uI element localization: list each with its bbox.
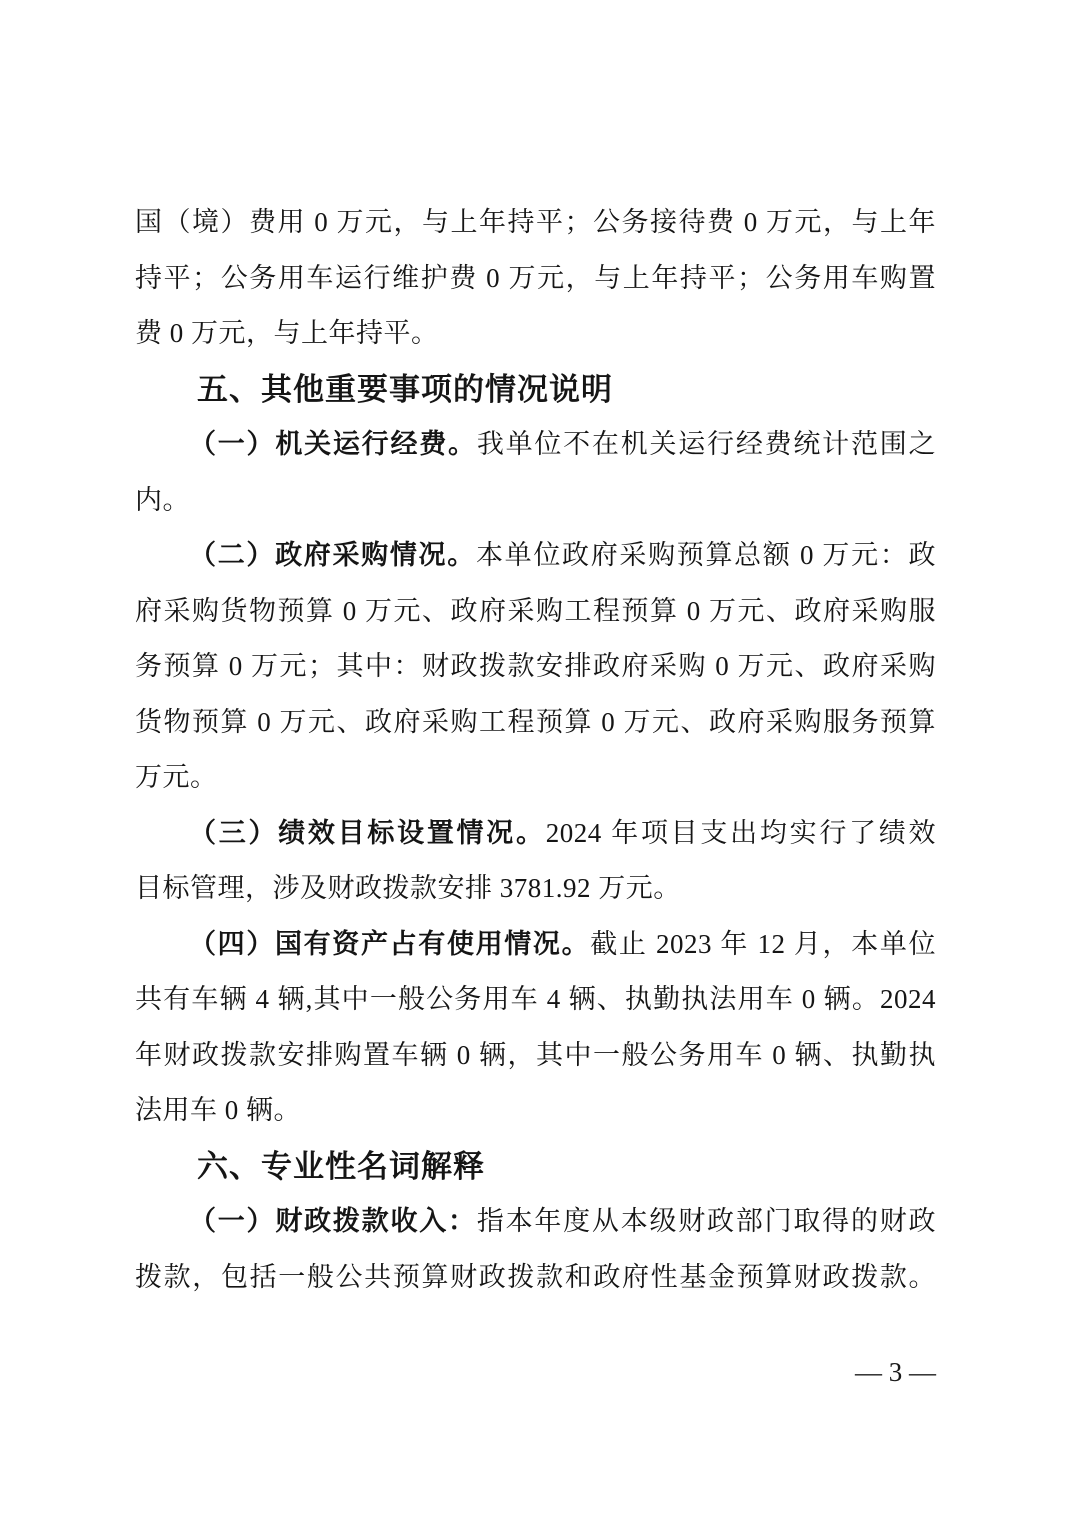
document-page: 国（境）费用 0 万元，与上年持平；公务接待费 0 万元，与上年 持平；公务用车…	[0, 0, 1074, 1520]
document-body: 国（境）费用 0 万元，与上年持平；公务接待费 0 万元，与上年 持平；公务用车…	[135, 195, 936, 1305]
text-line: 万元。	[135, 750, 936, 806]
item-lead: （三）绩效目标设置情况。	[189, 818, 546, 848]
text-line: 国（境）费用 0 万元，与上年持平；公务接待费 0 万元，与上年	[135, 195, 936, 251]
text-line: 拨款，包括一般公共预算财政拨款和政府性基金预算财政拨款。	[135, 1250, 936, 1306]
paragraph-s5-item4: （四）国有资产占有使用情况。截止 2023 年 12 月，本单位 共有车辆 4 …	[135, 917, 936, 1139]
text-line: （二）政府采购情况。本单位政府采购预算总额 0 万元：政	[135, 528, 936, 584]
text-line: 共有车辆 4 辆,其中一般公务用车 4 辆、执勤执法用车 0 辆。2024	[135, 972, 936, 1028]
item-lead: （四）国有资产占有使用情况。	[189, 929, 590, 959]
page-number: — 3 —	[855, 1356, 936, 1388]
item-text: 截止 2023 年 12 月，本单位	[590, 929, 936, 959]
paragraph-carryover: 国（境）费用 0 万元，与上年持平；公务接待费 0 万元，与上年 持平；公务用车…	[135, 195, 936, 362]
text-line: 持平；公务用车运行维护费 0 万元，与上年持平；公务用车购置	[135, 251, 936, 307]
paragraph-s5-item3: （三）绩效目标设置情况。2024 年项目支出均实行了绩效 目标管理，涉及财政拨款…	[135, 806, 936, 917]
item-text: 2024 年项目支出均实行了绩效	[546, 818, 936, 848]
item-text: 本单位政府采购预算总额 0 万元：政	[476, 540, 936, 570]
text-line: 费 0 万元，与上年持平。	[135, 306, 936, 362]
item-lead: （一）财政拨款收入：	[189, 1206, 477, 1236]
text-line: （一）机关运行经费。我单位不在机关运行经费统计范围之	[135, 417, 936, 473]
text-line: （四）国有资产占有使用情况。截止 2023 年 12 月，本单位	[135, 917, 936, 973]
text-line: 年财政拨款安排购置车辆 0 辆，其中一般公务用车 0 辆、执勤执	[135, 1028, 936, 1084]
text-line: 法用车 0 辆。	[135, 1083, 936, 1139]
item-text: 我单位不在机关运行经费统计范围之	[477, 429, 936, 459]
text-line: 务预算 0 万元；其中：财政拨款安排政府采购 0 万元、政府采购	[135, 639, 936, 695]
item-lead: （二）政府采购情况。	[189, 540, 476, 570]
item-lead: （一）机关运行经费。	[189, 429, 477, 459]
section-heading-5: 五、其他重要事项的情况说明	[135, 362, 936, 418]
paragraph-s6-item1: （一）财政拨款收入：指本年度从本级财政部门取得的财政 拨款，包括一般公共预算财政…	[135, 1194, 936, 1305]
text-line: （一）财政拨款收入：指本年度从本级财政部门取得的财政	[135, 1194, 936, 1250]
section-heading-6: 六、专业性名词解释	[135, 1139, 936, 1195]
text-line: （三）绩效目标设置情况。2024 年项目支出均实行了绩效	[135, 806, 936, 862]
text-line: 内。	[135, 473, 936, 529]
text-line: 货物预算 0 万元、政府采购工程预算 0 万元、政府采购服务预算	[135, 695, 936, 751]
paragraph-s5-item2: （二）政府采购情况。本单位政府采购预算总额 0 万元：政 府采购货物预算 0 万…	[135, 528, 936, 806]
item-text: 指本年度从本级财政部门取得的财政	[477, 1206, 936, 1236]
paragraph-s5-item1: （一）机关运行经费。我单位不在机关运行经费统计范围之 内。	[135, 417, 936, 528]
text-line: 府采购货物预算 0 万元、政府采购工程预算 0 万元、政府采购服	[135, 584, 936, 640]
text-line: 目标管理，涉及财政拨款安排 3781.92 万元。	[135, 861, 936, 917]
